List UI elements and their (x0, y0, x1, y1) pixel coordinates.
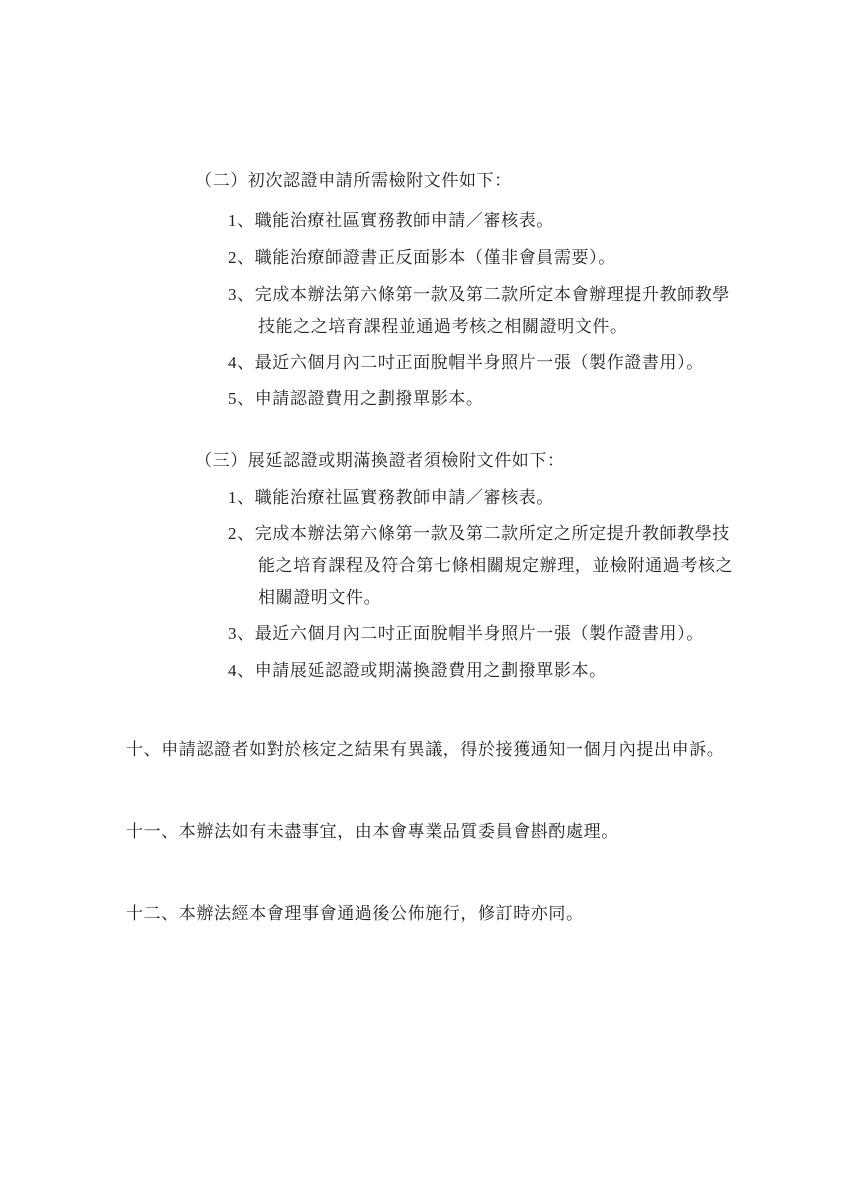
section-3-item-2-line-2: 能之培育課程及符合第七條相關規定辦理，並檢附通過考核之 (258, 555, 733, 577)
section-2-heading: （二）初次認證申請所需檢附文件如下： (195, 170, 512, 192)
section-3-item-2-line-3: 相關證明文件。 (258, 587, 381, 609)
section-2-item-2: 2、職能治療師證書正反面影本（僅非會員需要）。 (228, 247, 616, 269)
section-2-item-1: 1、職能治療社區實務教師申請／審核表。 (228, 210, 554, 232)
section-2-item-3-line-2: 技能之之培育課程並通過考核之相關證明文件。 (258, 316, 628, 338)
clause-10: 十、申請認證者如對於核定之結果有異議，得於接獲通知一個月內提出申訴。 (126, 739, 724, 761)
section-3-item-2-line-1: 2、完成本辦法第六條第一款及第二款所定之所定提升教師教學技 (228, 523, 730, 545)
section-2-item-3-line-1: 3、完成本辦法第六條第一款及第二款所定本會辦理提升教師教學 (228, 284, 730, 306)
section-3-item-4: 4、申請展延認證或期滿換證費用之劃撥單影本。 (228, 660, 607, 682)
section-3-item-3: 3、最近六個月內二吋正面脫帽半身照片一張（製作證書用）。 (228, 623, 704, 645)
document-page: （二）初次認證申請所需檢附文件如下： 1、職能治療社區實務教師申請／審核表。 2… (0, 0, 849, 1200)
section-3-heading: （三）展延認證或期滿換證者須檢附文件如下： (195, 450, 565, 472)
section-2-item-5: 5、申請認證費用之劃撥單影本。 (228, 388, 484, 410)
clause-12: 十二、本辦法經本會理事會通過後公佈施行，修訂時亦同。 (126, 903, 584, 925)
section-3-item-1: 1、職能治療社區實務教師申請／審核表。 (228, 487, 554, 509)
section-2-item-4: 4、最近六個月內二吋正面脫帽半身照片一張（製作證書用）。 (228, 352, 704, 374)
clause-11: 十一、本辦法如有未盡事宜，由本會專業品質委員會斟酌處理。 (126, 821, 619, 843)
